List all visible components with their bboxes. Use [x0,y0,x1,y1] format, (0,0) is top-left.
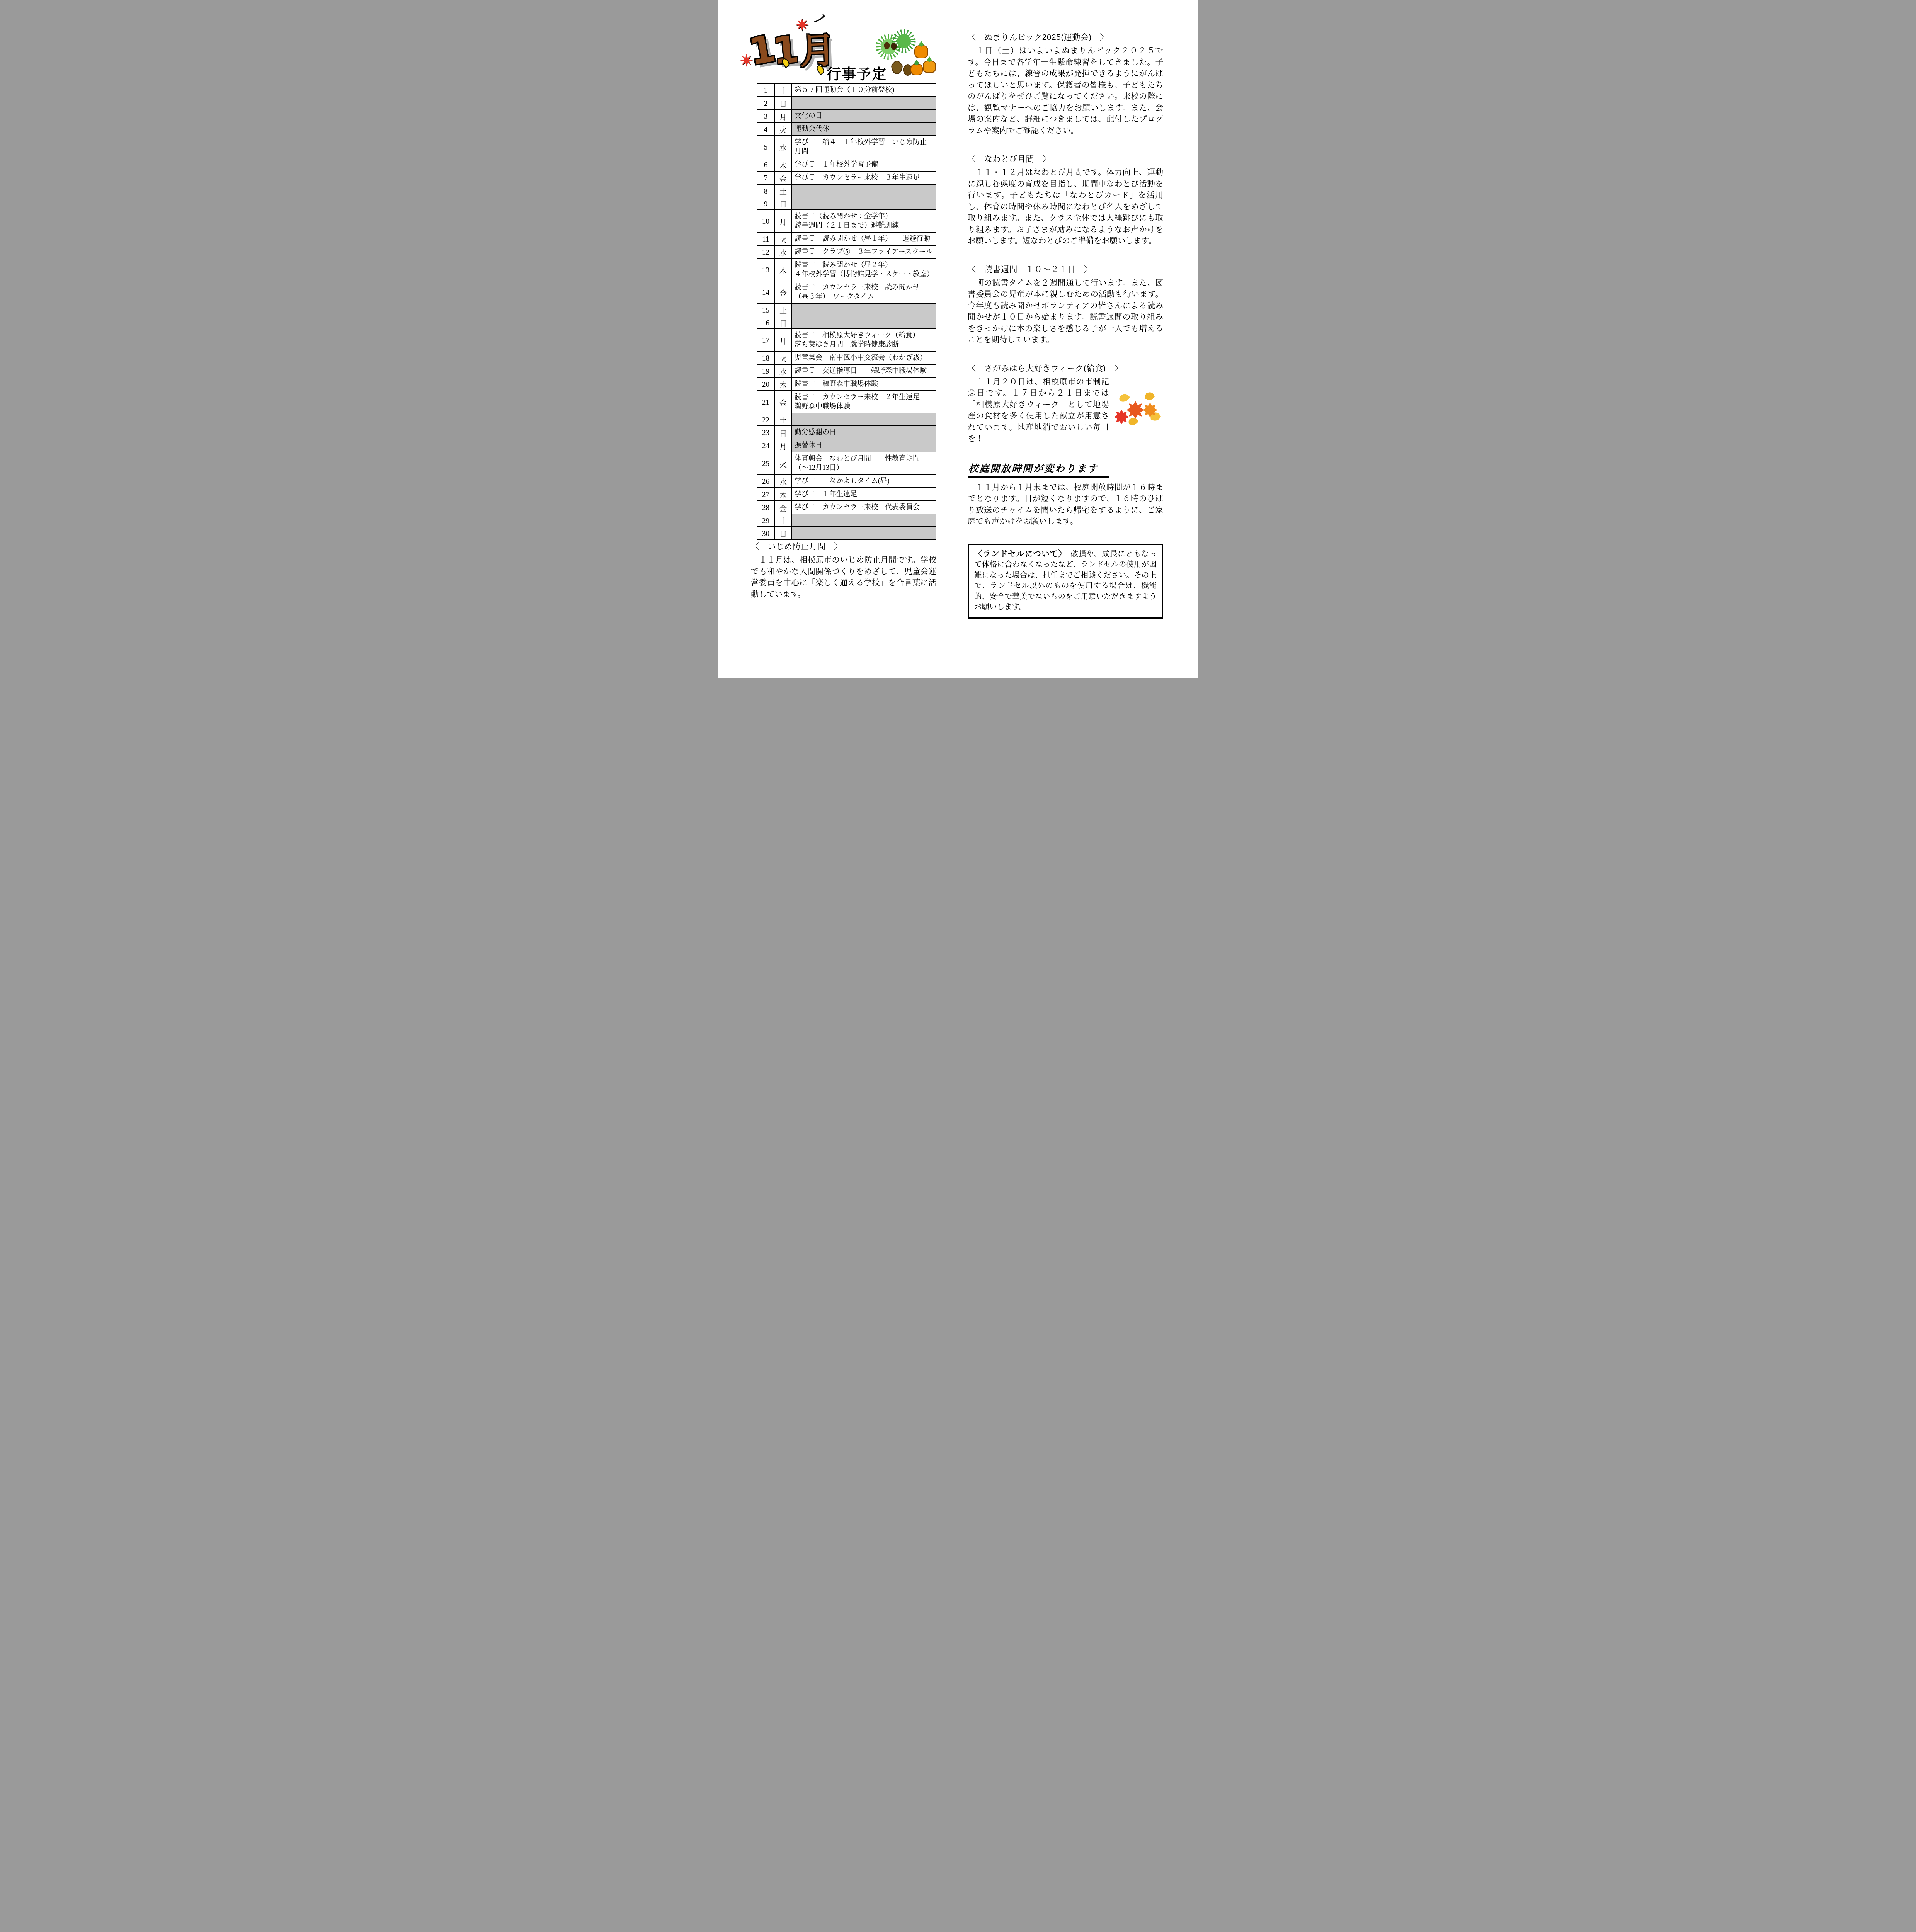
table-row: 11 火 読書Ｔ 読み聞かせ（昼１年） 退避行動 [757,232,936,245]
persimmon-icon [915,41,928,58]
date-cell: 19 [757,364,774,378]
weekday-cell: 木 [774,488,792,501]
table-row: 16 日 [757,316,936,329]
section-dokusho-shukan: 〈 読書週間 １０～２１日 〉 朝の読書タイムを２週間通して行います。また、図書… [968,263,1163,346]
table-row: 6 木 学びＴ １年校外学習予備 [757,158,936,171]
section-heading: 〈 さがみはら大好きウィーク(給食) 〉 [968,362,1163,374]
table-row: 8 土 [757,184,936,197]
weekday-cell: 木 [774,259,792,281]
date-cell: 28 [757,501,774,514]
event-cell [792,303,936,316]
date-cell: 27 [757,488,774,501]
date-cell: 29 [757,514,774,527]
table-row: 1 土 第５７回運動会（１０分前登校) [757,83,936,97]
event-cell: 学びＴ 給４ １年校外学習 いじめ防止月間 [792,136,936,158]
table-row: 20 木 読書Ｔ 鵜野森中職場体験 [757,378,936,391]
event-cell: 勤労感謝の日 [792,426,936,439]
event-cell [792,514,936,527]
table-row: 5 水 学びＴ 給４ １年校外学習 いじめ防止月間 [757,136,936,158]
section-body: １１月から１月末までは、校庭開放時間が１６時までとなります。日が短くなりますので… [968,482,1163,527]
table-row: 3 月 文化の日 [757,109,936,122]
event-cell [792,527,936,539]
weekday-cell: 金 [774,501,792,514]
date-cell: 14 [757,281,774,303]
weekday-cell: 金 [774,171,792,184]
date-cell: 3 [757,109,774,122]
weekday-cell: 土 [774,83,792,97]
date-cell: 4 [757,122,774,136]
weekday-cell: 月 [774,109,792,122]
weekday-cell: 土 [774,413,792,426]
table-row: 9 日 [757,197,936,210]
weekday-cell: 水 [774,245,792,259]
date-cell: 16 [757,316,774,329]
weekday-cell: 月 [774,439,792,452]
weekday-cell: 月 [774,329,792,351]
section-heading: 〈 ぬまりんピック2025(運動会) 〉 [968,31,1163,43]
maple-leaf-icon: ✷ [739,53,754,70]
date-cell: 13 [757,259,774,281]
table-row: 14 金 読書Ｔ カウンセラー来校 読み聞かせ（昼３年） ワークタイム [757,281,936,303]
event-cell: 第５７回運動会（１０分前登校) [792,83,936,97]
table-row: 28 金 学びＴ カウンセラー来校 代表委員会 [757,501,936,514]
section-heading-underlined: 校庭開放時間が変わります [968,461,1109,478]
autumn-leaves-clipart [1113,389,1163,428]
section-kotei-kaiho: 校庭開放時間が変わります １１月から１月末までは、校庭開放時間が１６時までとなり… [968,461,1163,527]
date-cell: 22 [757,413,774,426]
weekday-cell: 火 [774,122,792,136]
box-body: 破損や、成長にともなって体格に合わなくなったなど、ランドセルの使用が困難になった… [974,550,1157,612]
randoseru-note-box: 〈ランドセルについて〉 破損や、成長にともなって体格に合わなくなったなど、ランド… [968,544,1163,619]
event-cell: 読書Ｔ 相模原大好きウィーク（給食） 落ち葉はき月間 就学時健康診断 [792,329,936,351]
event-cell: 学びＴ カウンセラー来校 代表委員会 [792,501,936,514]
date-cell: 30 [757,527,774,539]
date-cell: 6 [757,158,774,171]
section-numarin-pic: 〈 ぬまりんピック2025(運動会) 〉 １日（土）はいよいよぬまりんピック２０… [968,31,1163,136]
weekday-cell: 金 [774,391,792,413]
table-row: 4 火 運動会代休 [757,122,936,136]
event-cell: 学びＴ １年校外学習予備 [792,158,936,171]
section-body: 朝の読書タイムを２週間通して行います。また、図書委員会の児童が本に親しむための活… [968,277,1163,346]
weekday-cell: 火 [774,351,792,364]
schedule-table: 1 土 第５７回運動会（１０分前登校) 2 日 3 月 文化の日 4 火 運動会… [757,83,936,540]
chestnut-icon [892,61,902,74]
date-cell: 7 [757,171,774,184]
table-row: 10 月 読書Ｔ（読み聞かせ：全学年） 読書週間（２１日まで）避難訓練 [757,210,936,232]
date-cell: 20 [757,378,774,391]
maple-leaf-icon: ✷ [795,17,809,34]
weekday-cell: 土 [774,184,792,197]
table-row: 19 水 読書Ｔ 交通指導日 鵜野森中職場体験 [757,364,936,378]
date-cell: 10 [757,210,774,232]
section-body: １日（土）はいよいよぬまりんピック２０２５です。今日まで各学年一生懸命練習をして… [968,45,1163,136]
section-body: １１月は、相模原市のいじめ防止月間です。学校でも和やかな人間関係づくりをめざして… [751,554,936,600]
table-row: 2 日 [757,97,936,109]
date-cell: 15 [757,303,774,316]
date-cell: 26 [757,474,774,488]
table-row: 23 日 勤労感謝の日 [757,426,936,439]
weekday-cell: 水 [774,136,792,158]
table-row: 24 月 振替休日 [757,439,936,452]
event-cell: 運動会代休 [792,122,936,136]
table-row: 12 水 読書Ｔ クラブ⑤ ３年ファイアースクール [757,245,936,259]
event-cell: 読書Ｔ 読み聞かせ（昼２年） ４年校外学習（博物館見学・スケート教室） [792,259,936,281]
weekday-cell: 木 [774,378,792,391]
date-cell: 5 [757,136,774,158]
weekday-cell: 日 [774,97,792,109]
table-row: 13 木 読書Ｔ 読み聞かせ（昼２年） ４年校外学習（博物館見学・スケート教室） [757,259,936,281]
event-cell [792,197,936,210]
table-row: 21 金 読書Ｔ カウンセラー来校 ２年生遠足 鵜野森中職場体験 [757,391,936,413]
event-cell [792,184,936,197]
section-heading: 〈 読書週間 １０～２１日 〉 [968,263,1163,275]
masthead: 11月 ✷ ✷ ノ 行事予定 [749,22,943,82]
weekday-cell: 日 [774,197,792,210]
table-row: 30 日 [757,527,936,539]
event-cell: 学びＴ なかよしタイム(昼) [792,474,936,488]
weekday-cell: 日 [774,527,792,539]
date-cell: 17 [757,329,774,351]
table-row: 17 月 読書Ｔ 相模原大好きウィーク（給食） 落ち葉はき月間 就学時健康診断 [757,329,936,351]
event-cell: 児童集会 南中区小中交流会（わかぎ級） [792,351,936,364]
section-heading: 〈 いじめ防止月間 〉 [751,540,936,552]
right-column: 〈 ぬまりんピック2025(運動会) 〉 １日（土）はいよいよぬまりんピック２０… [968,31,1163,619]
event-cell [792,413,936,426]
section-heading: 〈 なわとび月間 〉 [968,153,1163,164]
chestnut-persimmon-clipart [869,29,939,78]
date-cell: 11 [757,232,774,245]
event-cell [792,316,936,329]
weekday-cell: 木 [774,158,792,171]
date-cell: 24 [757,439,774,452]
weekday-cell: 月 [774,210,792,232]
event-cell: 文化の日 [792,109,936,122]
date-cell: 2 [757,97,774,109]
event-cell: 読書Ｔ カウンセラー来校 読み聞かせ（昼３年） ワークタイム [792,281,936,303]
weekday-cell: 土 [774,514,792,527]
event-cell: 振替休日 [792,439,936,452]
date-cell: 18 [757,351,774,364]
event-cell: 読書Ｔ 読み聞かせ（昼１年） 退避行動 [792,232,936,245]
month-title-art: 11月 ✷ ✷ ノ [749,22,835,73]
date-cell: 12 [757,245,774,259]
table-row: 22 土 [757,413,936,426]
event-cell: 読書Ｔ クラブ⑤ ３年ファイアースクール [792,245,936,259]
date-cell: 8 [757,184,774,197]
table-row: 27 木 学びＴ １年生遠足 [757,488,936,501]
table-row: 15 土 [757,303,936,316]
persimmon-icon [923,56,936,73]
date-cell: 25 [757,452,774,474]
event-cell: 読書Ｔ（読み聞かせ：全学年） 読書週間（２１日まで）避難訓練 [792,210,936,232]
event-cell: 読書Ｔ 交通指導日 鵜野森中職場体験 [792,364,936,378]
section-nawatobi: 〈 なわとび月間 〉 １１・１２月はなわとび月間です。体力向上、運動に親しむ態度… [968,153,1163,247]
calendar-body: 1 土 第５７回運動会（１０分前登校) 2 日 3 月 文化の日 4 火 運動会… [757,83,936,539]
event-cell: 読書Ｔ 鵜野森中職場体験 [792,378,936,391]
table-row: 26 水 学びＴ なかよしタイム(昼) [757,474,936,488]
section-ijime-boshi: 〈 いじめ防止月間 〉 １１月は、相模原市のいじめ防止月間です。学校でも和やかな… [751,540,936,600]
date-cell: 21 [757,391,774,413]
date-cell: 9 [757,197,774,210]
table-row: 7 金 学びＴ カウンセラー来校 ３年生遠足 [757,171,936,184]
persimmon-icon [911,60,922,75]
weekday-cell: 水 [774,474,792,488]
date-cell: 1 [757,83,774,97]
section-body: １１月２０日は、相模原市の市制記念日です。１７日から２１日までは「相模原大好きウ… [968,376,1163,445]
newsletter-page: 11月 ✷ ✷ ノ 行事予定 [718,0,1198,678]
event-cell [792,97,936,109]
event-cell: 学びＴ カウンセラー来校 ３年生遠足 [792,171,936,184]
weekday-cell: 土 [774,303,792,316]
box-heading: 〈ランドセルについて〉 [974,549,1063,558]
table-row: 25 火 体育朝会 なわとび月間 性教育期間（～12月13日） [757,452,936,474]
table-row: 29 土 [757,514,936,527]
weekday-cell: 日 [774,316,792,329]
weekday-cell: 火 [774,232,792,245]
section-sagamihara-week: 〈 さがみはら大好きウィーク(給食) 〉 １１月２０日は、相模 [968,362,1163,445]
weekday-cell: 金 [774,281,792,303]
table-row: 18 火 児童集会 南中区小中交流会（わかぎ級） [757,351,936,364]
weekday-cell: 日 [774,426,792,439]
event-cell: 学びＴ １年生遠足 [792,488,936,501]
section-body: １１・１２月はなわとび月間です。体力向上、運動に親しむ態度の育成を目指し、期間中… [968,167,1163,247]
weekday-cell: 水 [774,364,792,378]
weekday-cell: 火 [774,452,792,474]
event-cell: 体育朝会 なわとび月間 性教育期間（～12月13日） [792,452,936,474]
event-cell: 読書Ｔ カウンセラー来校 ２年生遠足 鵜野森中職場体験 [792,391,936,413]
date-cell: 23 [757,426,774,439]
section-body-text: １１月２０日は、相模原市の市制記念日です。１７日から２１日までは「相模原大好きウ… [968,378,1109,444]
